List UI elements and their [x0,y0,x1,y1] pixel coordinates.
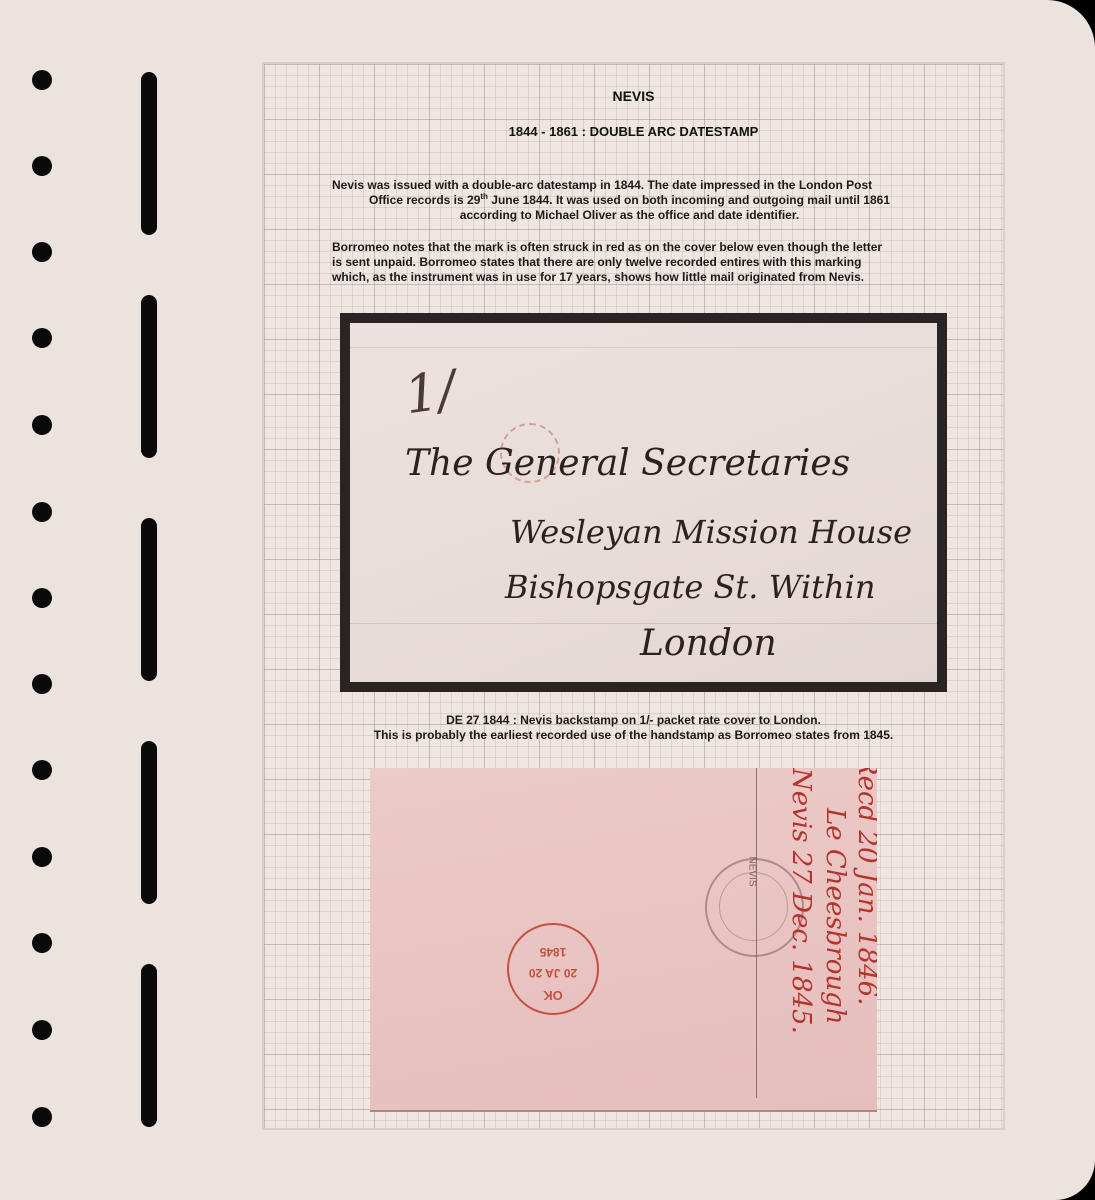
docket-line-2: Le Cheesbrough [820,808,850,1025]
arrival-stamp-middle: 20 JA 20 [509,966,597,980]
docket-line-1: Recd 20 Jan. 1846. [852,768,877,1005]
borromeo-line-2: is sent unpaid. Borromeo states that the… [332,255,861,269]
cover-caption: DE 27 1844 : Nevis backstamp on 1/- pack… [262,713,1005,743]
docket-line-3: Nevis 27 Dec. 1845. [786,768,816,1034]
binder-hole [32,328,52,348]
binder-hole [32,588,52,608]
origin-stamp-text: NEVIS [747,856,758,886]
page-subtitle: 1844 - 1861 : DOUBLE ARC DATESTAMP [262,124,1005,139]
arrival-stamp-top: OK [509,988,597,1003]
binder-slot [141,964,157,1127]
page-title: NEVIS [262,88,1005,104]
borromeo-line-3: which, as the instrument was in use for … [332,270,864,284]
binder-hole [32,933,52,953]
binder-hole [32,242,52,262]
binder-hole [32,502,52,522]
cover-back: NEVIS OK 20 JA 20 1845 Recd 20 Jan. 1846… [370,768,877,1112]
binder-hole [32,674,52,694]
binder-slot [141,518,157,681]
caption-line-1: DE 27 1844 : Nevis backstamp on 1/- pack… [446,713,821,727]
binder-slot [141,295,157,458]
binder-hole [32,847,52,867]
borromeo-line-1: Borromeo notes that the mark is often st… [332,240,882,254]
cover-front-mount: 1/ The General Secretaries Wesleyan Miss… [340,313,947,692]
intro-paragraph: Nevis was issued with a double-arc dates… [332,178,927,223]
address-line-1: The General Secretaries [405,443,850,484]
caption-line-2: This is probably the earliest recorded u… [374,728,894,742]
arrival-stamp-bottom: 1845 [509,945,597,959]
intro-line-3: according to Michael Oliver as the offic… [460,208,799,222]
intro-line-1: Nevis was issued with a double-arc dates… [332,178,927,193]
cover-front: 1/ The General Secretaries Wesleyan Miss… [350,323,937,682]
binder-slot [141,72,157,235]
arrival-datestamp: OK 20 JA 20 1845 [507,923,599,1015]
intro-line-2: Office records is 29th June 1844. It was… [369,193,890,207]
album-page: NEVIS 1844 - 1861 : DOUBLE ARC DATESTAMP… [0,0,1095,1200]
binder-hole [32,1107,52,1127]
binder-hole [32,70,52,90]
borromeo-paragraph: Borromeo notes that the mark is often st… [332,240,927,285]
address-line-4: London [640,623,777,664]
binder-slot [141,741,157,904]
binder-hole [32,1020,52,1040]
address-line-3: Bishopsgate St. Within [505,568,875,606]
rate-mark: 1/ [401,360,459,426]
address-line-2: Wesleyan Mission House [510,513,912,551]
binder-hole [32,760,52,780]
binder-hole [32,415,52,435]
binder-hole [32,156,52,176]
